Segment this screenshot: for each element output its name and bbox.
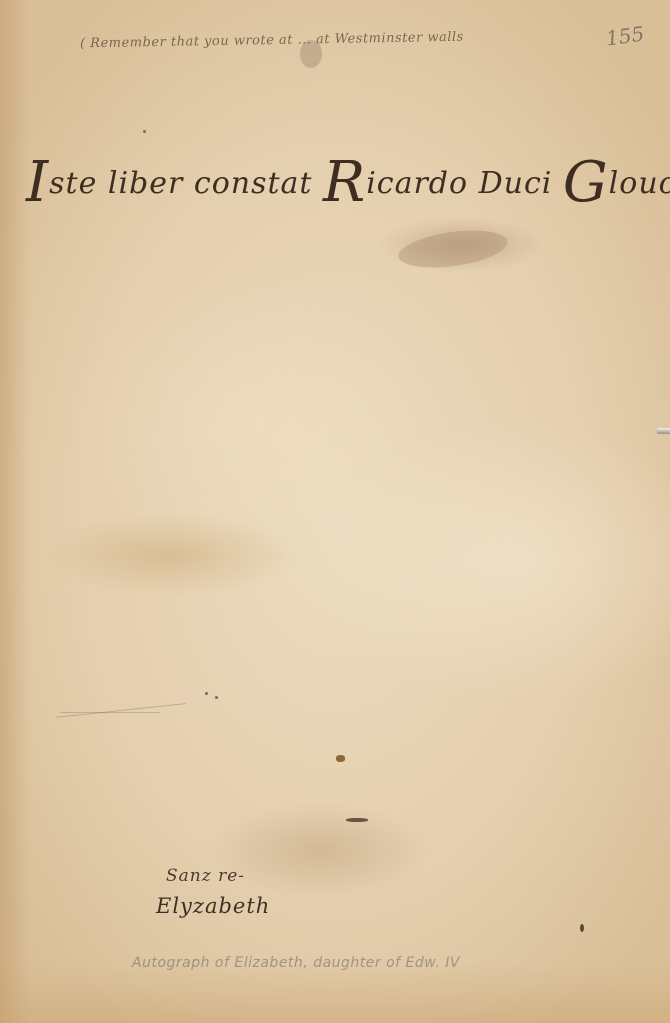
signature-motto: Sanz re- xyxy=(166,866,245,886)
ink-blot xyxy=(346,818,368,822)
faint-pen-stroke xyxy=(60,712,160,713)
page-edge-shadow-bottom xyxy=(0,963,670,1023)
ink-dot xyxy=(205,692,208,695)
marginal-note-top: ( Remember that you wrote at ... at West… xyxy=(80,30,464,52)
inscription-text-part3: loucestre xyxy=(609,166,670,201)
page-clip-mark xyxy=(656,428,670,434)
stain-spot xyxy=(336,755,345,762)
initial-letter-g: G xyxy=(563,150,609,215)
folio-number: 155 xyxy=(605,21,646,50)
ink-dot xyxy=(215,696,218,699)
ink-dot xyxy=(143,130,146,133)
ink-mark xyxy=(580,924,584,932)
initial-letter-r: R xyxy=(323,150,366,215)
manuscript-page: ( Remember that you wrote at ... at West… xyxy=(0,0,670,1023)
erased-text-stain xyxy=(396,225,510,274)
inscription-text-part2: icardo Duci xyxy=(366,166,563,201)
pencil-annotation: Autograph of Elizabeth, daughter of Edw.… xyxy=(132,955,460,971)
inscription-text-part1: ste liber constat xyxy=(49,166,323,201)
ownership-inscription: Iste liber constat Ricardo Duci Gloucest… xyxy=(26,150,670,215)
initial-letter-i: I xyxy=(26,150,49,215)
signature-name: Elyzabeth xyxy=(156,894,270,918)
